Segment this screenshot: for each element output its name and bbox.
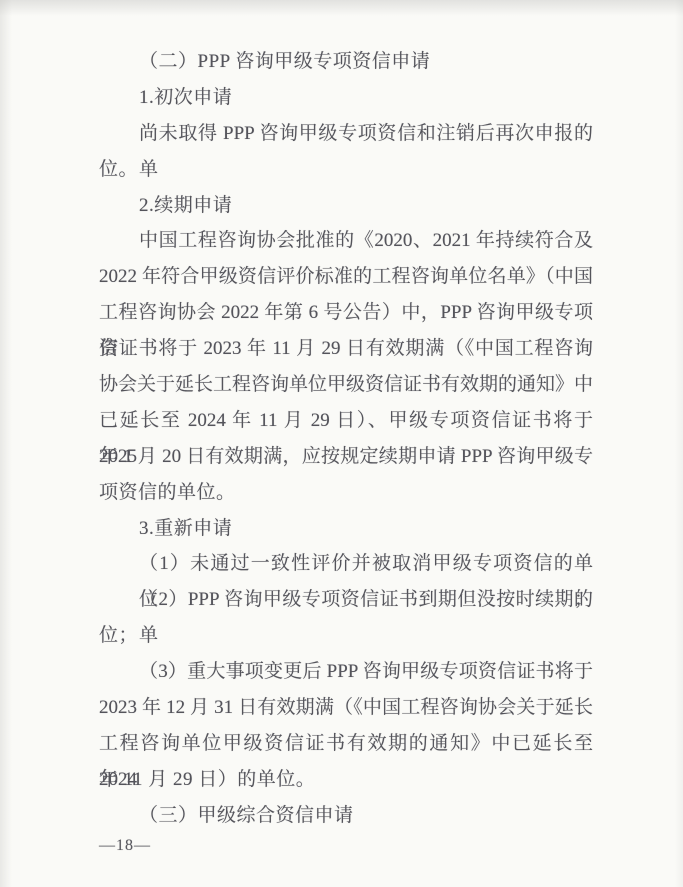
text-line: 位。 [99, 152, 593, 188]
text-line: 协会关于延长工程咨询单位甲级资信证书有效期的通知》中 [99, 367, 593, 403]
document-body: （二）PPP 咨询甲级专项资信申请1.初次申请尚未取得 PPP 咨询甲级专项资信… [99, 44, 593, 834]
text-line: （2）PPP 咨询甲级专项资信证书到期但没按时续期的单 [99, 582, 593, 618]
text-line: 工程咨询协会 2022 年第 6 号公告）中，PPP 咨询甲级专项资 [99, 295, 593, 331]
text-line: 位； [99, 618, 593, 654]
text-line: 工程咨询单位甲级资信证书有效期的通知》中已延长至 2024 [99, 726, 593, 762]
text-line: （1）未通过一致性评价并被取消甲级专项资信的单位； [99, 546, 593, 582]
text-line: 中国工程咨询协会批准的《2020、2021 年持续符合及 [99, 223, 593, 259]
text-line: 年 11 月 29 日）的单位。 [99, 762, 593, 798]
page-number: —18— [99, 836, 151, 856]
text-line: 1.初次申请 [99, 80, 593, 116]
text-line: 信证书将于 2023 年 11 月 29 日有效期满（《中国工程咨询 [99, 331, 593, 367]
text-line: （三）甲级综合资信申请 [99, 798, 593, 834]
text-line: 3.重新申请 [99, 511, 593, 547]
document-page: （二）PPP 咨询甲级专项资信申请1.初次申请尚未取得 PPP 咨询甲级专项资信… [0, 0, 683, 887]
text-line: 2.续期申请 [99, 188, 593, 224]
text-line: 年 1 月 20 日有效期满，应按规定续期申请 PPP 咨询甲级专 [99, 439, 593, 475]
text-line: （3）重大事项变更后 PPP 咨询甲级专项资信证书将于 [99, 654, 593, 690]
text-line: 2022 年符合甲级资信评价标准的工程咨询单位名单》（中国 [99, 259, 593, 295]
text-line: 尚未取得 PPP 咨询甲级专项资信和注销后再次申报的单 [99, 116, 593, 152]
text-line: （二）PPP 咨询甲级专项资信申请 [99, 44, 593, 80]
text-line: 已延长至 2024 年 11 月 29 日）、甲级专项资信证书将于 2025 [99, 403, 593, 439]
text-line: 2023 年 12 月 31 日有效期满（《中国工程咨询协会关于延长 [99, 690, 593, 726]
text-line: 项资信的单位。 [99, 475, 593, 511]
